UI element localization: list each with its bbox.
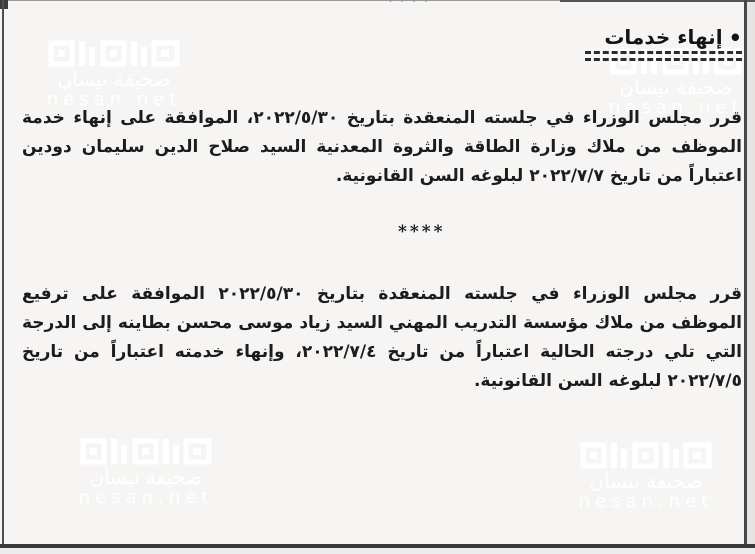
watermark-site-url: nesan.net — [579, 492, 714, 512]
nesan-kufic-logo-icon — [48, 40, 180, 67]
watermark-brand-name: صحيفة نيسان — [57, 69, 170, 89]
decree-paragraph-1: قرر مجلس الوزراء في جلسته المنعقدة بتاري… — [22, 104, 742, 191]
scan-margin-bottom — [0, 548, 755, 554]
bullet-icon: • — [729, 26, 742, 50]
scan-edge-right — [744, 0, 747, 548]
nesan-kufic-logo-icon — [580, 442, 712, 469]
header-underline-bottom — [585, 58, 742, 61]
nesan-watermark-bottom-left: صحيفة نيسان nesan.net — [66, 438, 226, 508]
nesan-kufic-logo-icon — [80, 438, 212, 465]
nesan-watermark-bottom-right: صحيفة نيسان nesan.net — [566, 442, 726, 512]
scan-gutter-right — [747, 0, 755, 554]
paragraph-separator: **** — [398, 222, 446, 242]
scan-edge-bottom — [0, 544, 755, 548]
top-section-separator: **** — [386, 0, 434, 11]
section-title: إنهاء خدمات — [604, 25, 722, 49]
watermark-brand-name: صحيفة نيسان — [89, 467, 202, 487]
section-header: •إنهاء خدمات — [604, 25, 742, 50]
nesan-watermark-top-left: صحيفة نيسان nesan.net — [34, 40, 194, 110]
scan-edge-top-right — [560, 0, 755, 2]
scanned-document-page: صحيفة نيسان nesan.net صحيفة نيسان nesan.… — [0, 0, 755, 554]
watermark-site-url: nesan.net — [79, 488, 214, 508]
decree-paragraph-2: قرر مجلس الوزراء في جلسته المنعقدة بتاري… — [22, 280, 742, 396]
watermark-brand-name: صحيفة نيسان — [619, 77, 732, 97]
watermark-brand-name: صحيفة نيسان — [589, 471, 702, 491]
scan-edge-left — [2, 0, 4, 548]
header-underline-top — [585, 51, 742, 54]
